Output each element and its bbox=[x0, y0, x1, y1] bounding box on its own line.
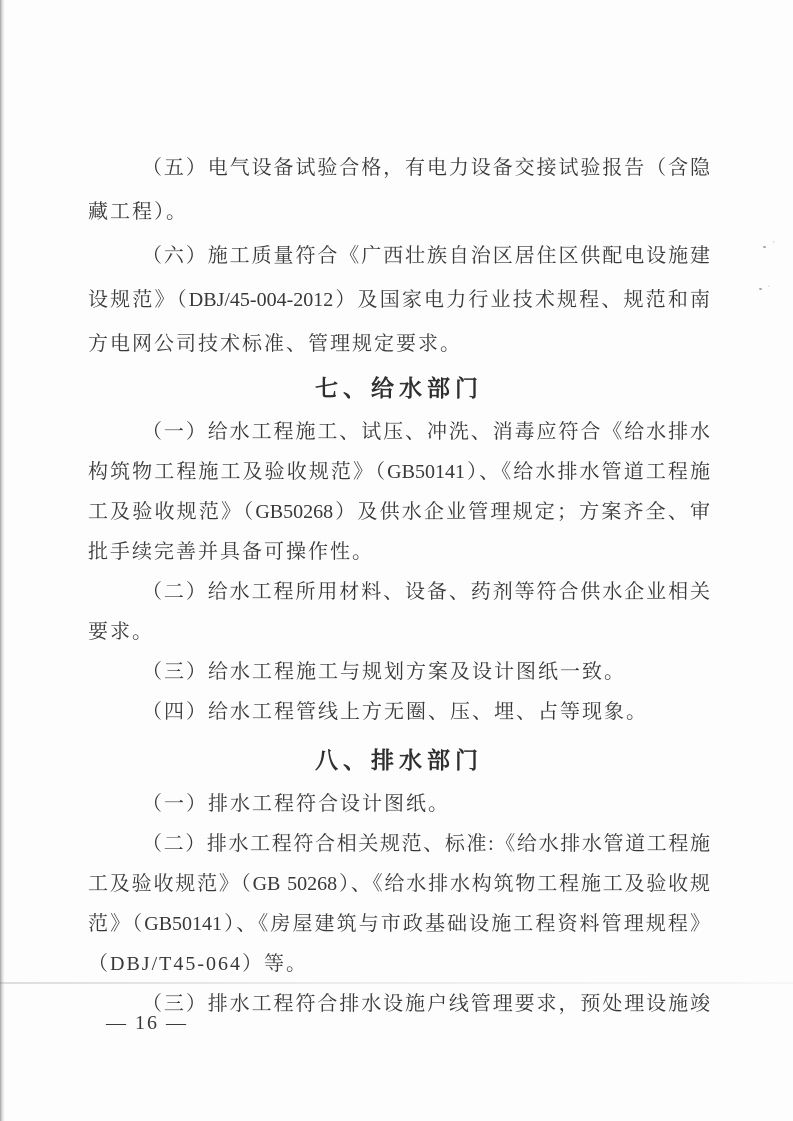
left-scan-edge-artifact bbox=[0, 0, 5, 1121]
text-line: （五）电气设备试验合格，有电力设备交接试验报告（含隐 bbox=[88, 146, 710, 190]
section-heading-water-supply: 七、给水部门 bbox=[88, 368, 710, 408]
text-line: 工及验收规范》（GB50268）及供水企业管理规定；方案齐全、审 bbox=[88, 492, 710, 532]
text-line: （二）排水工程符合相关规范、标准:《给水排水管道工程施 bbox=[88, 824, 710, 864]
text-line: 要求。 bbox=[88, 612, 710, 652]
text-line: 构筑物工程施工及验收规范》（GB50141）、《给水排水管道工程施 bbox=[88, 452, 710, 492]
document-body: （五）电气设备试验合格，有电力设备交接试验报告（含隐 藏工程）。 （六）施工质量… bbox=[88, 146, 710, 1024]
text-line: （三）给水工程施工与规划方案及设计图纸一致。 bbox=[88, 652, 710, 692]
text-line: 范》（GB50141）、《房屋建筑与市政基础设施工程资料管理规程》 bbox=[88, 904, 710, 944]
text-line: （二）给水工程所用材料、设备、药剂等符合供水企业相关 bbox=[88, 572, 710, 612]
section-heading-drainage: 八、排水部门 bbox=[88, 740, 710, 780]
text-line: 方电网公司技术标准、管理规定要求。 bbox=[88, 322, 710, 366]
ink-speck-2 bbox=[759, 288, 762, 290]
text-line: （六）施工质量符合《广西壮族自治区居住区供配电设施建 bbox=[88, 234, 710, 278]
text-line: 藏工程）。 bbox=[88, 190, 710, 234]
ink-speck-1 bbox=[763, 246, 766, 248]
text-line: （一）给水工程施工、试压、冲洗、消毒应符合《给水排水 bbox=[88, 412, 710, 452]
text-line: 设规范》（DBJ/45-004-2012）及国家电力行业技术规程、规范和南 bbox=[88, 278, 710, 322]
text-line: 批手续完善并具备可操作性。 bbox=[88, 532, 710, 572]
text-line: （一）排水工程符合设计图纸。 bbox=[88, 784, 710, 824]
page-number: — 16 — bbox=[106, 1012, 188, 1035]
document-page: （五）电气设备试验合格，有电力设备交接试验报告（含隐 藏工程）。 （六）施工质量… bbox=[0, 0, 793, 1121]
text-line: （四）给水工程管线上方无圈、压、埋、占等现象。 bbox=[88, 692, 710, 732]
text-line: 工及验收规范》（GB 50268）、《给水排水构筑物工程施工及验收规 bbox=[88, 864, 710, 904]
text-line: （DBJ/T45-064）等。 bbox=[88, 944, 710, 984]
